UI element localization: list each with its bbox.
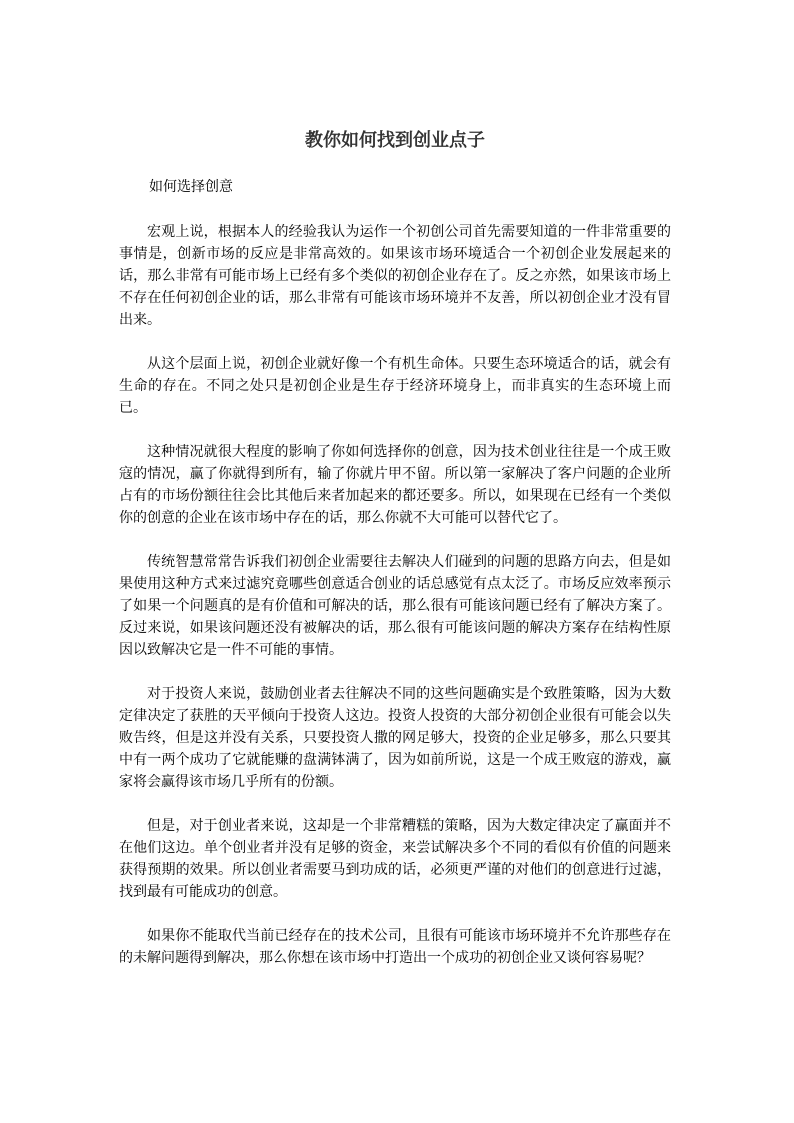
section-heading: 如何选择创意 [149,176,233,198]
document-title: 教你如何找到创业点子 [119,128,671,154]
paragraph: 宏观上说，根据本人的经验我认为运作一个初创公司首先需要知道的一件非常重要的事情是… [119,221,671,331]
paragraph: 对于投资人来说，鼓励创业者去往解决不同的这些问题确实是个致胜策略，因为大数定律决… [119,683,671,793]
paragraph: 如果你不能取代当前已经存在的技术公司，且很有可能该市场环境并不允许那些存在的未解… [119,925,671,969]
document-body: 宏观上说，根据本人的经验我认为运作一个初创公司首先需要知道的一件非常重要的事情是… [119,221,671,991]
paragraph: 这种情况就很大程度的影响了你如何选择你的创意，因为技术创业往往是一个成王败寇的情… [119,441,671,529]
paragraph: 传统智慧常常告诉我们初创企业需要往去解决人们碰到的问题的思路方向去，但是如果使用… [119,551,671,661]
paragraph: 但是，对于创业者来说，这却是一个非常糟糕的策略，因为大数定律决定了赢面并不在他们… [119,815,671,903]
paragraph: 从这个层面上说，初创企业就好像一个有机生命体。只要生态环境适合的话，就会有生命的… [119,353,671,419]
